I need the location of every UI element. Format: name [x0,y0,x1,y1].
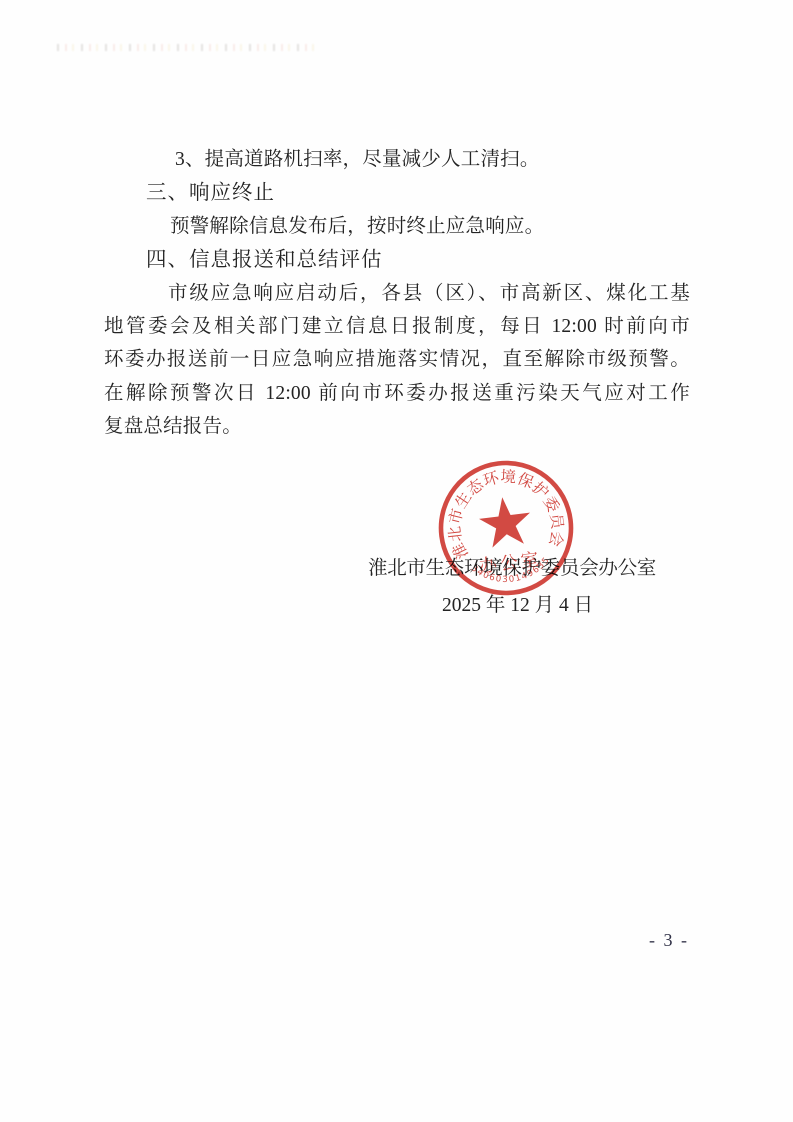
paragraph-info-reporting: 市级应急响应启动后，各县（区）、市高新区、煤化工基 地管委会及相关部门建立信息日… [104,277,690,444]
scan-artifact [57,44,315,51]
heading-info-reporting: 四、信息报送和总结评估 [104,243,690,276]
paragraph-line: 环委办报送前一日应急响应措施落实情况，直至解除市级预警。 [104,343,690,376]
paragraph-line: 复盘总结报告。 [104,410,690,443]
list-item-3: 3、提高道路机扫率，尽量减少人工清扫。 [104,143,690,176]
official-seal: 淮北市生态环境保护委员会 办公室 3406030149635 [417,439,595,617]
document-page: 3、提高道路机扫率，尽量减少人工清扫。 三、响应终止 预警解除信息发布后，按时终… [0,0,793,1122]
heading-response-termination: 三、响应终止 [104,176,690,209]
paragraph-line: 地管委会及相关部门建立信息日报制度，每日 12:00 时前向市 [104,310,690,343]
paragraph-response-termination: 预警解除信息发布后，按时终止应急响应。 [104,210,690,243]
document-body: 3、提高道路机扫率，尽量减少人工清扫。 三、响应终止 预警解除信息发布后，按时终… [104,143,690,444]
paragraph-line: 市级应急响应启动后，各县（区）、市高新区、煤化工基 [104,277,690,310]
paragraph-line: 在解除预警次日 12:00 前向市环委办报送重污染天气应对工作 [104,377,690,410]
page-number: - 3 - [649,930,689,951]
seal-star-icon [477,494,534,549]
